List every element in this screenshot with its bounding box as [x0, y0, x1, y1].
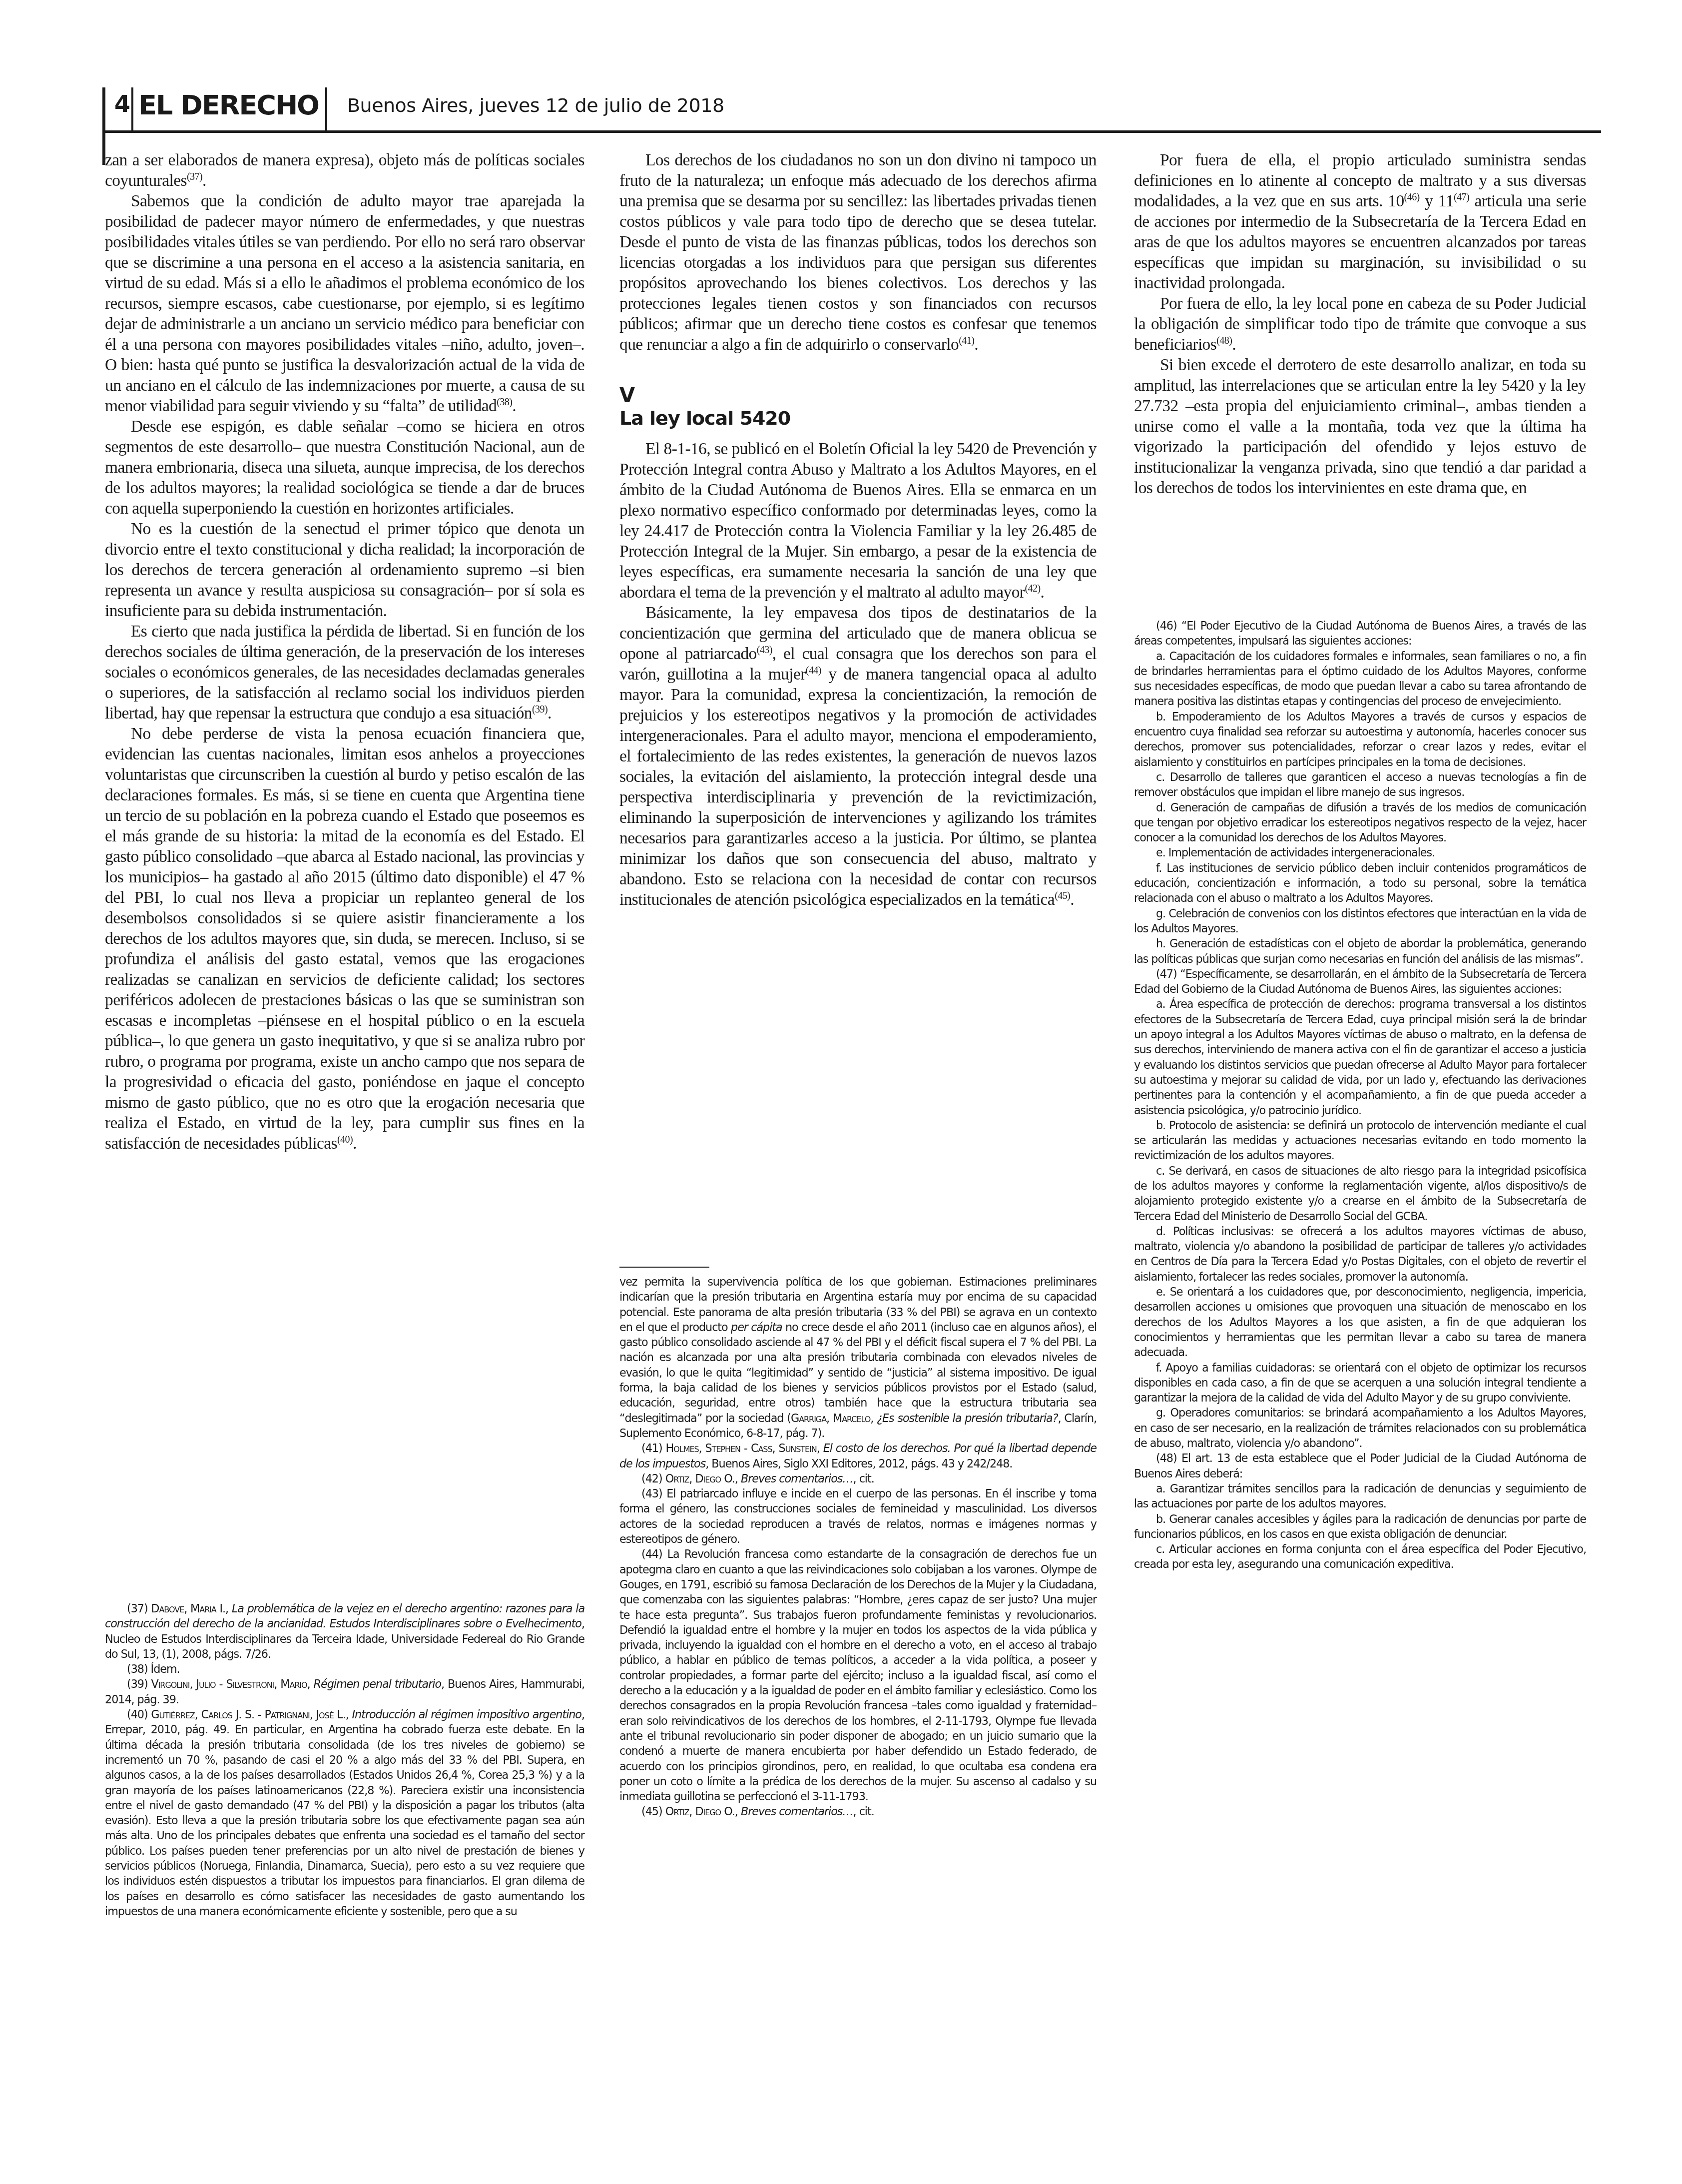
footnote-item: g. Operadores comunitarios: se brindará …: [1134, 1406, 1586, 1451]
footnote-item: e. Se orientará a los cuidadores que, po…: [1134, 1285, 1586, 1360]
paragraph: Los derechos de los ciudadanos no son un…: [619, 150, 1097, 355]
column-3: Por fuera de ella, el propio articulado …: [1134, 150, 1586, 498]
page-number: 4: [114, 90, 130, 117]
footnote-item: a. Área específica de protección de dere…: [1134, 997, 1586, 1118]
footnote-45: (45) Ortiz, Diego O., Breves comentarios…: [619, 1804, 1097, 1819]
paragraph: Sabemos que la condición de adulto mayor…: [105, 191, 584, 416]
footnote-43: (43) El patriarcado influye e incide en …: [619, 1486, 1097, 1547]
footnotes-column-2: vez permita la supervivencia política de…: [619, 1267, 1097, 1820]
footnote-39: (39) Virgolini, Julio - Silvestroni, Mar…: [105, 1677, 584, 1707]
footnote-item: b. Protocolo de asistencia: se definirá …: [1134, 1118, 1586, 1164]
footnote-item: f. Apoyo a familias cuidadoras: se orien…: [1134, 1361, 1586, 1406]
footnote-48: (48) El art. 13 de esta establece que el…: [1134, 1451, 1586, 1481]
footnote-ref[interactable]: (37): [187, 171, 202, 182]
newspaper-page: 4 EL DERECHO Buenos Aires, jueves 12 de …: [0, 0, 1682, 2184]
footnote-item: c. Articular acciones en forma conjunta …: [1134, 1542, 1586, 1572]
footnote-item: h. Generación de estadísticas con el obj…: [1134, 936, 1586, 967]
footnote-ref[interactable]: (43): [757, 645, 772, 656]
header-rule: [102, 130, 1601, 133]
footnote-item: g. Celebración de convenios con los dist…: [1134, 906, 1586, 937]
paragraph: Básicamente, la ley empavesa dos tipos d…: [619, 603, 1097, 910]
publication-title: EL DERECHO: [138, 89, 319, 121]
section-title: La ley local 5420: [619, 407, 1097, 430]
paragraph: El 8-1-16, se publicó en el Boletín Ofic…: [619, 439, 1097, 603]
footnote-item: c. Se derivará, en casos de situaciones …: [1134, 1164, 1586, 1224]
paragraph: No debe perderse de vista la penosa ecua…: [105, 724, 584, 1154]
footnote-item: a. Capacitación de los cuidadores formal…: [1134, 649, 1586, 710]
footnotes-column-1: (37) Dabove, Maria I., La problemática d…: [105, 1601, 584, 1919]
paragraph: No es la cuestión de la senectud el prim…: [105, 519, 584, 621]
footnote-44: (44) La Revolución francesa como estanda…: [619, 1547, 1097, 1804]
footnote-ref[interactable]: (44): [806, 665, 821, 676]
footnote-ref[interactable]: (47): [1454, 192, 1469, 203]
footnote-42: (42) Ortiz, Diego O., Breves comentarios…: [619, 1471, 1097, 1486]
footnote-41: (41) Holmes, Stephen - Cass, Sunstein, E…: [619, 1441, 1097, 1471]
paragraph: Desde ese espigón, es dable señalar –com…: [105, 416, 584, 519]
footnote-ref[interactable]: (45): [1055, 890, 1070, 901]
footnote-item: b. Generar canales accesibles y ágiles p…: [1134, 1512, 1586, 1542]
paragraph: Es cierto que nada justifica la pérdida …: [105, 621, 584, 724]
footnote-40: (40) Gutiérrez, Carlos J. S. - Patrignan…: [105, 1707, 584, 1919]
paragraph: Por fuera de ello, la ley local pone en …: [1134, 293, 1586, 355]
footnote-ref[interactable]: (48): [1216, 335, 1232, 346]
footnote-40-continued: vez permita la supervivencia política de…: [619, 1275, 1097, 1441]
footnote-38: (38) Ídem.: [105, 1662, 584, 1677]
page-header: 4 EL DERECHO Buenos Aires, jueves 12 de …: [102, 87, 1601, 132]
footnote-ref[interactable]: (38): [497, 397, 512, 408]
footnote-item: d. Generación de campañas de difusión a …: [1134, 800, 1586, 846]
header-divider: [131, 87, 133, 131]
footnote-ref[interactable]: (40): [337, 1134, 353, 1145]
footnote-ref[interactable]: (41): [959, 335, 974, 346]
footnote-ref[interactable]: (42): [1025, 583, 1040, 594]
footnote-ref[interactable]: (46): [1404, 192, 1420, 203]
footnote-separator: [619, 1267, 709, 1268]
footnote-46: (46) “El Poder Ejecutivo de la Ciudad Au…: [1134, 619, 1586, 649]
footnotes-column-3: (46) “El Poder Ejecutivo de la Ciudad Au…: [1134, 619, 1586, 1572]
footnote-ref[interactable]: (39): [532, 704, 548, 715]
column-2: Los derechos de los ciudadanos no son un…: [619, 150, 1097, 910]
footnote-item: c. Desarrollo de talleres que garanticen…: [1134, 770, 1586, 800]
footnote-item: a. Garantizar trámites sencillos para la…: [1134, 1481, 1586, 1512]
footnote-item: b. Empoderamiento de los Adultos Mayores…: [1134, 710, 1586, 770]
column-1: zan a ser elaborados de manera expresa),…: [105, 150, 584, 1154]
footnote-47: (47) “Específicamente, se desarrollarán,…: [1134, 967, 1586, 997]
footnote-item: f. Las instituciones de servicio público…: [1134, 861, 1586, 906]
section-number: V: [619, 385, 1097, 407]
paragraph: zan a ser elaborados de manera expresa),…: [105, 150, 584, 191]
issue-date: Buenos Aires, jueves 12 de julio de 2018: [347, 94, 724, 116]
paragraph: Si bien excede el derrotero de este desa…: [1134, 355, 1586, 498]
footnote-item: d. Políticas inclusivas: se ofrecerá a l…: [1134, 1224, 1586, 1285]
footnote-item: e. Implementación de actividades interge…: [1134, 845, 1586, 860]
header-divider: [325, 87, 327, 131]
footnote-37: (37) Dabove, Maria I., La problemática d…: [105, 1601, 584, 1662]
paragraph: Por fuera de ella, el propio articulado …: [1134, 150, 1586, 293]
